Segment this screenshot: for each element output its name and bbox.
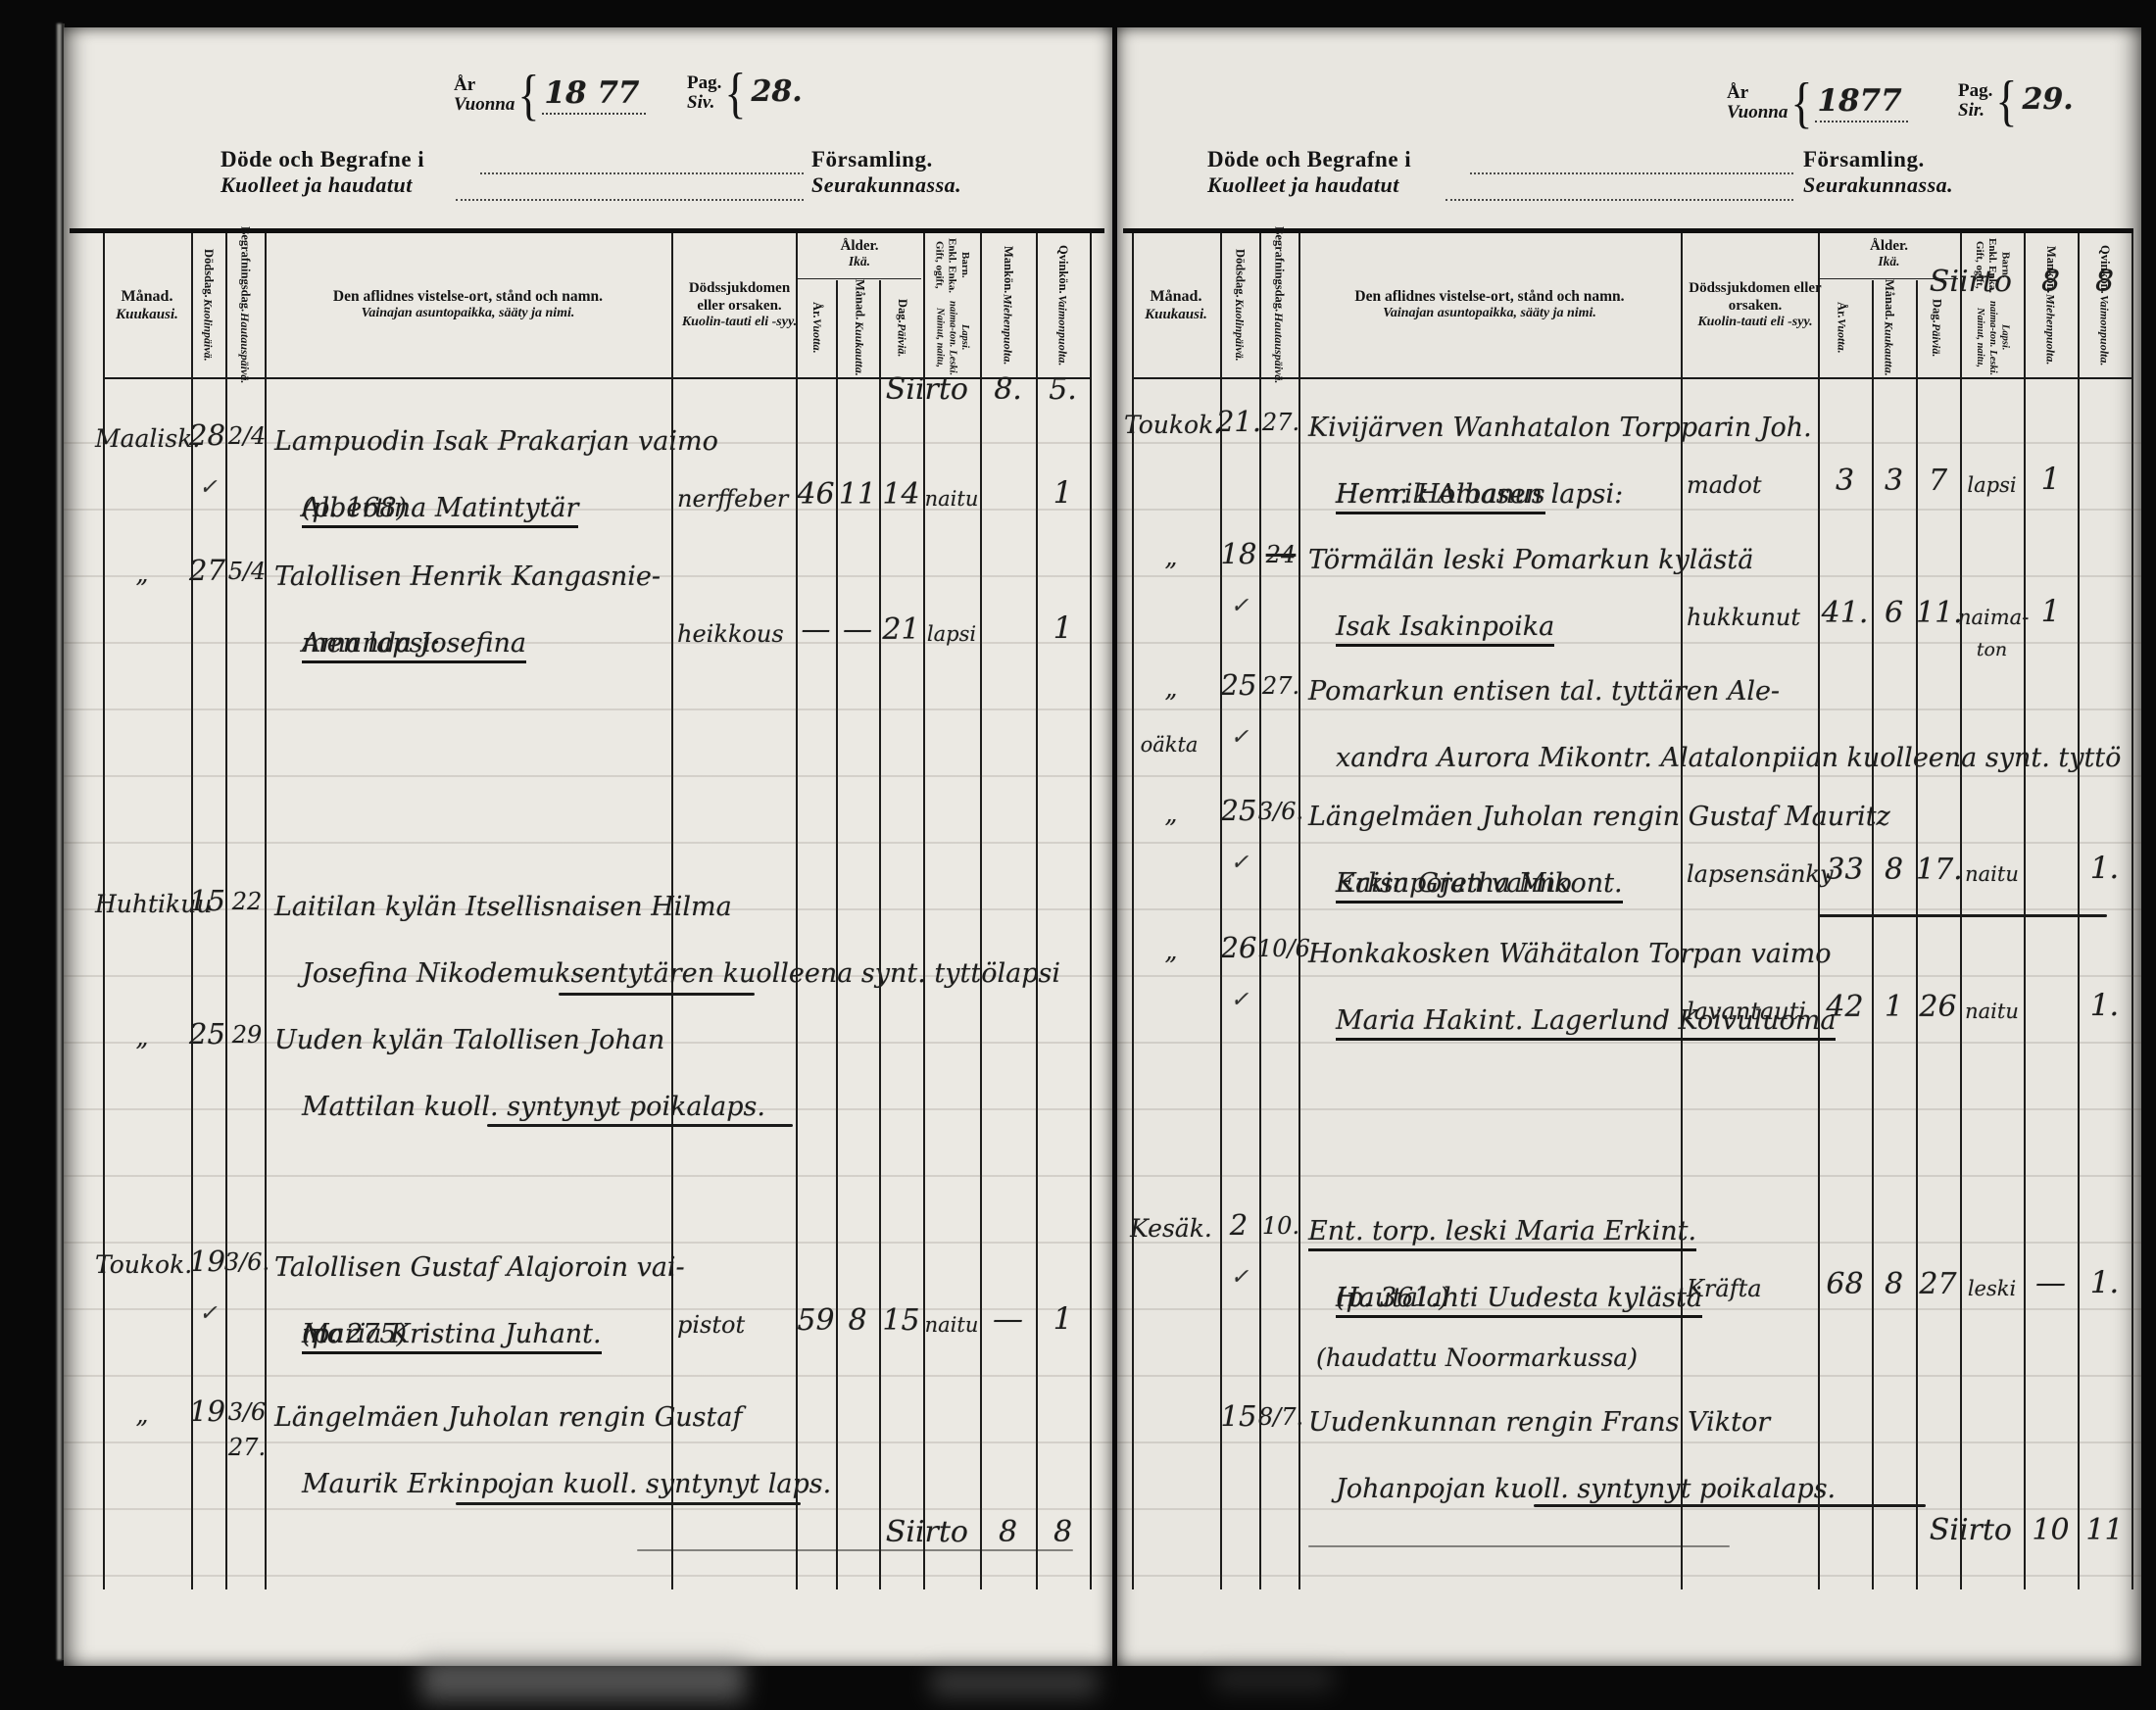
col-header-female: Qvinkön. Vaimonpuolta. [1036, 233, 1090, 377]
col-label: Kuolinpäivä. [201, 299, 215, 362]
col-header-age-days: Dag. Päiviä. [881, 280, 923, 375]
entry-burial-day-crossed: 24 [1257, 541, 1304, 568]
register-entry: „ ✓ 25 3/6. Längelmäen Juholan rengin Gu… [1117, 802, 2141, 949]
col-label: Mankön. [1001, 246, 1015, 293]
name-text: Uudenkunnan rengin Frans Viktor [1308, 1407, 1770, 1438]
entry-female-count: 1. [2078, 1265, 2131, 1300]
col-label: Dödsdag. [201, 249, 216, 298]
entry-age-months: 8 [1872, 1267, 1916, 1301]
pag-label-fi: Siv. [687, 93, 721, 113]
entry-month: „ [95, 1023, 189, 1051]
age-group-label: Ålder. Ikä. [798, 239, 921, 279]
entry-cause: lavantauti [1687, 998, 1822, 1025]
col-label: Månad. [852, 279, 866, 319]
year-block: År Vuonna 1877 [1727, 76, 1908, 128]
entry-male-count: — [980, 1301, 1036, 1337]
checkmark: ✓ [191, 1301, 225, 1326]
title-finnish: Kuolleet ja haudatut [1207, 172, 1411, 197]
entry-age-days: 14 [879, 477, 923, 512]
entry-female-count: 1 [1036, 1301, 1090, 1337]
year-value: 18 77 [542, 75, 645, 115]
name-text: (p. 168) [302, 493, 407, 523]
register-entry: „ 25 29 Uuden kylän Talollisen Johan Mat… [64, 1025, 1112, 1172]
name-text: Lampuodin Isak Prakarjan vaimo [274, 426, 718, 457]
carryover-bottom: Siirto 8 8 [64, 1515, 1112, 1570]
col-label: Vuotta. [1835, 318, 1848, 354]
pag-label-sv: Pag. [687, 73, 721, 93]
entry-age-days: 15 [879, 1303, 923, 1338]
entry-age-years: 59 [792, 1303, 840, 1338]
name-underlined: Kaisa Gretha Mikont. [1336, 868, 1623, 904]
col-label: Päiviä. [1930, 323, 1943, 357]
entry-death-day: 18 [1214, 537, 1263, 570]
col-header-cause: Dödssjukdomen eller orsaken. Kuolin-taut… [671, 233, 808, 377]
page-number: 28. [749, 74, 806, 111]
entry-status: lapsi [921, 622, 982, 646]
entry-note: oäkta [1122, 733, 1216, 757]
entry-month: „ [1124, 543, 1218, 571]
entry-month: Kesäk. [1124, 1214, 1218, 1243]
name-text: Törmälän leski Pomarkun kylästä [1308, 545, 1753, 575]
entry-burial-day: 29 [223, 1021, 270, 1049]
brace-glyph [724, 60, 746, 124]
register-entry: Toukok. 21. 27. Kivijärven Wanhatalon To… [1117, 413, 2141, 560]
entry-burial-day: 27. [1257, 409, 1304, 436]
entry-burial-day: 3/6. [223, 1248, 270, 1276]
checkmark: ✓ [1220, 988, 1259, 1012]
entry-death-day: 25 [1214, 668, 1263, 702]
col-label: Ålder. [1870, 239, 1908, 255]
col-header-age-months: Månad. Kuukautta. [838, 280, 880, 375]
entry-burial-day: 3/6 [223, 1398, 270, 1426]
carryover-male: 8 [2024, 265, 2078, 299]
entry-age-months: 8 [1872, 853, 1916, 887]
register-entry: Toukok. ✓ 19 3/6. Talollisen Gustaf Alaj… [64, 1252, 1112, 1399]
col-header-age: Ålder. Ikä. År. Vuotta. Månad. Kuukautta… [796, 233, 923, 377]
carryover-label: Siirto [1818, 265, 2012, 299]
entry-age-days: 21 [879, 612, 923, 647]
carryover-label: Siirto [1818, 1513, 2012, 1547]
entry-burial-day: 8/7. [1257, 1403, 1304, 1431]
entry-age-months: 8 [836, 1303, 879, 1338]
blank-parish-line [456, 199, 804, 201]
title-swedish: Döde och Begrafne i [1207, 147, 1411, 172]
blank-line [487, 1124, 793, 1127]
register-entry: „ 27 5/4 Talollisen Henrik Kangasnie- me… [64, 562, 1112, 708]
entry-death-day: 2 [1214, 1208, 1263, 1242]
entry-month: „ [95, 1400, 189, 1429]
checkmark: ✓ [191, 475, 225, 500]
col-header-name: Den aflidnes vistelse-ort, stånd och nam… [265, 233, 671, 377]
entry-burial-day: 10/6 [1257, 935, 1304, 962]
entry-age-months: 1 [1872, 990, 1916, 1024]
blank-line [1534, 1504, 1926, 1507]
entry-month: „ [1124, 937, 1218, 965]
entry-age-years: 46 [792, 477, 840, 512]
entry-female-count: 1. [2078, 851, 2131, 886]
col-label: Dag. [895, 299, 909, 323]
film-edge [33, 0, 59, 1710]
entry-age-months: 6 [1872, 596, 1916, 630]
name-text: Mattilan kuoll. syntynyt poikalaps. [302, 1092, 765, 1122]
column-headers: Månad. Kuukausi. Dödsdag. Kuolinpäivä. B… [64, 233, 1112, 377]
entry-status: naima- [1958, 606, 2026, 629]
entry-burial-day: 22 [223, 888, 270, 915]
photo-smudge [931, 1668, 1098, 1697]
name-text: Längelmäen Juholan rengin Gustaf [274, 1402, 742, 1433]
entry-month: Maalisk. [95, 424, 189, 453]
parish-swedish: Församling. [1803, 147, 1953, 172]
entry-age-months: — [836, 612, 879, 647]
entry-male-count: 1 [2024, 594, 2078, 629]
name-text: Maurik Erkinpojan kuoll. syntynyt laps. [302, 1469, 831, 1499]
col-label: Dödssjukdomen eller orsaken. [677, 279, 802, 315]
entry-age-years: — [792, 612, 840, 647]
page-number-block: Pag. Sir. 29. [1958, 74, 2078, 126]
title-finnish: Kuolleet ja haudatut [220, 172, 424, 197]
col-label: År. [809, 302, 824, 318]
year-label-sv: År [1727, 83, 1788, 103]
entry-status: naitu [921, 1313, 982, 1337]
entry-month: Toukok. [95, 1250, 189, 1279]
col-label: Hautauspäivä. [1272, 313, 1286, 383]
blank-line [1818, 914, 2107, 917]
name-underlined: Henrik Albanus [1336, 479, 1545, 514]
entry-status: lapsi [1958, 473, 2026, 497]
entry-death-day: 15 [1214, 1399, 1263, 1433]
entry-cause: Kräfta [1687, 1275, 1822, 1302]
carryover-label: Siirto [796, 1515, 968, 1549]
col-label: Qvinkön. [1055, 245, 1070, 294]
col-label: Vainajan asuntopaikka, sääty ja nimi. [362, 306, 575, 322]
page-number: 29. [2020, 82, 2077, 119]
right-page: År Vuonna 1877 Pag. Sir. 29. Döde och Be… [1117, 27, 2141, 1666]
entry-status: naitu [1958, 862, 2026, 886]
entries-area: Maalisk. ✓ 28 2/4 Lampuodin Isak Prakarj… [64, 377, 1112, 1602]
entry-age-days: 17. [1916, 853, 1960, 887]
carryover-female: 8 [2078, 265, 2131, 299]
name-underlined: Ent. torp. leski Maria Erkint. [1308, 1216, 1696, 1251]
photo-smudge [421, 1658, 745, 1701]
entry-male-count: — [2024, 1265, 2078, 1300]
year-block: År Vuonna 18 77 [454, 69, 646, 121]
pag-label-fi: Sir. [1958, 101, 1992, 121]
col-header-civil-status: Gift, ogift, Enkl. Enka. Barn. Nainut, n… [923, 233, 980, 377]
left-page: År Vuonna 18 77 Pag. Siv. 28. Döde och B… [64, 27, 1112, 1666]
blank-parish-line [1470, 172, 1793, 174]
blank-parish-line [480, 172, 804, 174]
carryover-top: Siirto 8 8 [1117, 265, 2141, 319]
blank-line [456, 1502, 801, 1505]
col-label: Päiviä. [895, 323, 908, 357]
year-value: 1877 [1815, 83, 1907, 122]
name-text: Johanpojan kuoll. syntynyt poikalaps. [1336, 1474, 1836, 1504]
name-underlined: Amanda Josefina [302, 628, 526, 663]
checkmark: ✓ [1220, 594, 1259, 618]
carryover-male: 10 [2024, 1513, 2078, 1547]
entry-cause: hukkunut [1687, 604, 1822, 631]
parish-swedish: Församling. [811, 147, 961, 172]
entries-area: Toukok. 21. 27. Kivijärven Wanhatalon To… [1117, 377, 2141, 1602]
entry-month: „ [1124, 800, 1218, 828]
year-label-sv: År [454, 75, 514, 95]
col-label: Vaimonpuolta. [1055, 295, 1069, 366]
entry-cause: heikkous [677, 620, 800, 648]
carryover-female: 11 [2078, 1513, 2131, 1547]
entry-age-months: 3 [1872, 464, 1916, 498]
name-text: (p. 361.) [1336, 1283, 1449, 1313]
entry-month: „ [95, 560, 189, 588]
name-text: Pomarkun entisen tal. tyttären Ale- [1308, 676, 1780, 707]
name-text: Talollisen Gustaf Alajoroin vai- [274, 1252, 685, 1283]
brace-glyph [1790, 70, 1812, 134]
col-header-month: Månad. Kuukausi. [103, 233, 191, 377]
year-label-fi: Vuonna [454, 95, 514, 115]
entry-age-days: 27 [1916, 1267, 1960, 1301]
entry-age-years: 41. [1814, 596, 1876, 630]
carryover-male: 8 [980, 1515, 1036, 1549]
entry-month: „ [1124, 674, 1218, 703]
entry-cause: pistot [677, 1311, 800, 1339]
parish-title: Församling. Seurakunnassa. [811, 147, 961, 198]
register-title: Döde och Begrafne i Kuolleet ja haudatut [1207, 147, 1411, 198]
entry-male-count: 1 [2024, 462, 2078, 497]
col-header-age-years: År. Vuotta. [796, 280, 838, 375]
col-label: Gift, ogift, Enkl. Enka. Barn. [932, 233, 971, 297]
col-label: Ålder. [840, 239, 878, 255]
register-entry: Maalisk. ✓ 28 2/4 Lampuodin Isak Prakarj… [64, 426, 1112, 573]
entry-female-count: 1 [1036, 475, 1090, 511]
name-text: Laitilan kylän Itsellisnaisen Hilma [274, 892, 732, 922]
brace-glyph [1995, 68, 2017, 132]
entry-month: Toukok. [1124, 411, 1218, 439]
year-label-fi: Vuonna [1727, 103, 1788, 122]
photo-smudge [1215, 1666, 1333, 1691]
register-entry: „ ✓ 18 24 Törmälän leski Pomarkun kyläst… [1117, 545, 2141, 692]
entry-death-day: 26 [1214, 931, 1263, 964]
col-label: Kuolin-tauti eli -syy. [682, 315, 797, 331]
entry-age-years: 33 [1814, 853, 1876, 887]
name-text: (haudattu Noormarkussa) [1316, 1344, 1638, 1372]
book-scan-photo: År Vuonna 18 77 Pag. Siv. 28. Döde och B… [0, 0, 2156, 1710]
entry-death-day: 25 [1214, 794, 1263, 827]
col-label: Kuukausi. [116, 306, 178, 323]
entry-status: naitu [921, 487, 982, 511]
entry-status: naitu [1958, 1000, 2026, 1023]
name-text: (p. 275) [302, 1319, 407, 1349]
col-label: Kuukautta. [853, 321, 866, 376]
col-label: Miehenpuolta. [1001, 294, 1014, 365]
checkmark: ✓ [1220, 1265, 1259, 1290]
name-text: Honkakosken Wähätalon Torpan vaimo [1308, 939, 1832, 969]
col-label: Nainut, naitu, naima-ton. Leski. Lapsi. [933, 298, 970, 377]
entry-burial-day: 2/4 [223, 422, 270, 450]
register-entry: „ ✓ 26 10/6 Honkakosken Wähätalon Torpan… [1117, 939, 2141, 1086]
col-label: Kuukautta. [1882, 321, 1895, 376]
entry-status: leski [1958, 1277, 2026, 1300]
entry-cause: madot [1687, 471, 1822, 499]
carryover-bottom: Siirto 10 11 [1117, 1513, 2141, 1568]
entry-cause: nerffeber [677, 485, 800, 513]
entry-age-days: 7 [1916, 464, 1960, 498]
entry-burial-day: 10. [1257, 1212, 1304, 1240]
col-label: Vuotta. [809, 318, 823, 354]
name-underlined: Isak Isakinpoika [1336, 611, 1554, 647]
entry-cause: lapsensänky [1687, 860, 1822, 888]
brace-glyph [517, 62, 539, 126]
col-header-male: Mankön. Miehenpuolta. [980, 233, 1036, 377]
title-swedish: Döde och Begrafne i [220, 147, 424, 172]
parish-title: Församling. Seurakunnassa. [1803, 147, 1953, 198]
entry-month: Huhtikuu [95, 890, 189, 918]
carryover-female: 8 [1036, 1515, 1090, 1549]
col-label: Den aflidnes vistelse-ort, stånd och nam… [333, 288, 603, 307]
parish-finnish: Seurakunnassa. [811, 172, 961, 197]
col-label: Ikä. [849, 255, 870, 269]
blank-parish-line [1445, 199, 1793, 201]
entry-status-line2: ton [1958, 639, 2026, 660]
name-text: Talollisen Henrik Kangasnie- [274, 562, 661, 592]
entry-age-years: 42 [1814, 990, 1876, 1024]
entry-female-count: 1. [2078, 988, 2131, 1023]
entry-burial-day: 3/6. [1257, 798, 1304, 825]
parish-finnish: Seurakunnassa. [1803, 172, 1953, 197]
register-title: Döde och Begrafne i Kuolleet ja haudatut [220, 147, 424, 198]
page-number-block: Pag. Siv. 28. [687, 67, 807, 119]
checkmark: ✓ [1220, 851, 1259, 875]
name-text: Josefina Nikodemuksentytären kuolleena s… [302, 958, 1060, 989]
blank-line [559, 993, 755, 996]
name-text: xandra Aurora Mikontr. Alatalonpiian kuo… [1336, 743, 2121, 773]
name-text: Uuden kylän Talollisen Johan [274, 1025, 664, 1055]
entry-age-days: 11. [1916, 596, 1960, 630]
entry-burial-day: 5/4 [223, 558, 270, 585]
name-text: Kivijärven Wanhatalon Torpparin Joh. [1308, 413, 1812, 443]
entry-age-years: 3 [1814, 464, 1876, 498]
col-header-death-day: Dödsdag. Kuolinpäivä. [191, 233, 225, 377]
entry-age-months: 11 [836, 477, 879, 512]
col-label: Månad. [122, 287, 173, 306]
checkmark: ✓ [1220, 725, 1259, 750]
name-text: Längelmäen Juholan rengin Gustaf Mauritz [1308, 802, 1890, 832]
col-header-burial-day: Begrafningsdag. Hautauspäivä. [225, 233, 265, 377]
col-label: Begrafningsdag. [238, 226, 253, 312]
pag-label-sv: Pag. [1958, 81, 1992, 101]
entry-age-years: 68 [1814, 1267, 1876, 1301]
entry-female-count: 1 [1036, 611, 1090, 646]
entry-burial-day: 27. [1257, 672, 1304, 700]
entry-death-day: 21. [1214, 405, 1263, 438]
register-entry: Kesäk. ✓ 2 10. Ent. torp. leski Maria Er… [1117, 1216, 2141, 1363]
entry-burial-day-alt: 27. [223, 1434, 270, 1461]
entry-age-days: 26 [1916, 990, 1960, 1024]
